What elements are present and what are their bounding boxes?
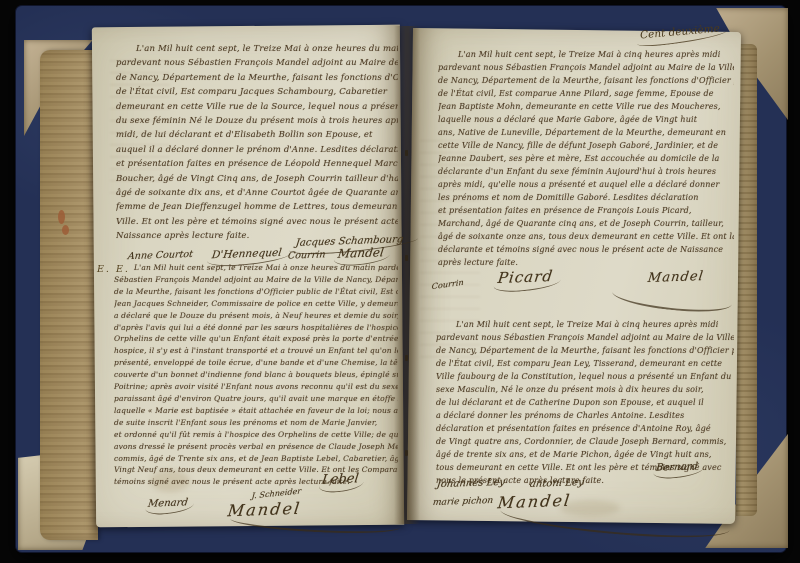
page-edge-speck: [58, 210, 65, 224]
manuscript-line: de lui déclarant et de Catherine Dupon s…: [436, 396, 734, 409]
manuscript-line: ans, Native de Luneville, Département de…: [438, 126, 734, 139]
signature: antoni Ley: [529, 477, 584, 490]
manuscript-line: commis, âgé de Trente six ans, et de Jea…: [114, 453, 398, 465]
manuscript-line: femme de Jean Dieffenzugel homme de Lett…: [116, 200, 398, 214]
manuscript-line: Marchand, âgé de Quarante cinq ans, et d…: [438, 217, 734, 230]
manuscript-line: midi, de lui déclarant et d'Elisabeth Bo…: [116, 128, 398, 142]
manuscript-line: du sexe féminin Né le Douze du présent m…: [116, 114, 398, 128]
manuscript-line: Jeanne Daubert, ses père et mère, Est ac…: [438, 152, 734, 165]
manuscript-line: de Nancy, Département de la Meurthe, fai…: [116, 71, 398, 85]
manuscript-line: de Nancy, Département de la Meurthe, fai…: [436, 344, 734, 357]
manuscript-line: et ordonné qu'il fût remis à l'hospice d…: [114, 429, 398, 441]
manuscript-line: paraissant âgé d'environ Quatre jours, q…: [114, 393, 398, 405]
birth-act-right-1: L'an Mil huit cent sept, le Treize Mai à…: [438, 48, 734, 269]
manuscript-line: L'an Mil huit cent sept, le Treize Mai à…: [436, 318, 734, 331]
manuscript-line: a déclaré que le Douze du présent mois, …: [114, 310, 398, 322]
manuscript-line: Poitrine; après avoir visité l'Enfant no…: [114, 381, 398, 393]
manuscript-line: Jean Jacques Schneider, Commissaire de p…: [114, 298, 398, 310]
binding-stitch: [405, 450, 408, 456]
birth-act-left-1: L'an Mil huit cent sept, le Treize Mai à…: [116, 42, 398, 244]
manuscript-line: auquel il a déclaré donner le prénom d'A…: [116, 143, 398, 157]
manuscript-line: et présentation faites en présence de Lé…: [116, 157, 398, 171]
manuscript-line: présenté, enveloppé de toile écrue, d'un…: [114, 357, 398, 369]
manuscript-line: de l'État civil, Est comparue Anne Pilar…: [438, 87, 734, 100]
signature: Mandel: [647, 269, 705, 286]
signature: D'Hennequel: [211, 247, 282, 261]
manuscript-line: hospice, il s'y est à l'instant transpor…: [114, 345, 398, 357]
manuscript-line: âgé de soixante onze ans, tous deux deme…: [438, 230, 734, 243]
manuscript-line: cette Ville de Nancy, fille de défunt Jo…: [438, 139, 734, 152]
manuscript-line: avons dressé le présent procès verbal en…: [114, 441, 398, 453]
signature: Anne Courtot: [127, 249, 193, 262]
proces-verbal-left-2: L'an Mil huit cent sept, le Treize Mai à…: [114, 262, 398, 488]
manuscript-line: laquelle nous a déclaré que Marie Gabore…: [438, 113, 734, 126]
manuscript-line: de l'État civil, Est comparu Jean Ley, T…: [436, 357, 734, 370]
manuscript-line: pardevant nous Sébastien François Mandel…: [438, 61, 734, 74]
binding-stitch: [405, 150, 408, 156]
manuscript-line: de Vingt quatre ans, Cordonnier, de Clau…: [436, 435, 734, 448]
manuscript-line: âgé de trente six ans, et de Marie Picho…: [436, 448, 734, 461]
manuscript-line: déclarante d'un Enfant du sexe féminin A…: [438, 165, 734, 178]
manuscript-line: âgé de soixante dix ans, et d'Anne Court…: [116, 186, 398, 200]
manuscript-line: de suite inscrit l'Enfant sous les préno…: [114, 417, 398, 429]
manuscript-line: déclaration et présentation faites en pr…: [436, 422, 734, 435]
manuscript-line: Jean Baptiste Mohn, demeurante en cette …: [438, 100, 734, 113]
manuscript-line: de l'État civil, Est comparu Jacques Sch…: [116, 85, 398, 99]
manuscript-line: de Nancy, Département de la Meurthe, fai…: [438, 74, 734, 87]
signature: Bernard: [655, 461, 698, 473]
manuscript-line: après midi, qu'elle nous a présenté et a…: [438, 178, 734, 191]
manuscript-line: d'après l'avis qui lui a été donné par l…: [114, 322, 398, 334]
signature: Mandel: [337, 245, 385, 261]
binding-stitch: [405, 355, 408, 361]
manuscript-line: et présentation faites en présence de Fr…: [438, 204, 734, 217]
manuscript-line: déclarante et témoins signé avec nous le…: [438, 243, 734, 256]
signature: Menard: [147, 497, 188, 509]
manuscript-line: les prénoms et nom de Domitille Gaboré. …: [438, 191, 734, 204]
manuscript-line: laquelle « Marie est baptisée » était at…: [114, 405, 398, 417]
manuscript-line: sexe Masculin, Né le onze du présent moi…: [436, 383, 734, 396]
manuscript-line: Orphelins de cette ville qu'un Enfant ét…: [114, 333, 398, 345]
manuscript-line: L'an Mil huit cent sept, le Treize Mai à…: [114, 262, 398, 274]
manuscript-line: après lecture faite.: [438, 256, 734, 269]
manuscript-line: L'an Mil huit cent sept, le Treize Mai à…: [438, 48, 734, 61]
manuscript-line: a déclaré donner les prénoms de Charles …: [436, 409, 734, 422]
manuscript-line: demeurant en cette Ville rue de la Sourc…: [116, 100, 398, 114]
signature: Courrin: [287, 249, 326, 261]
binding-stitch: [405, 255, 408, 261]
manuscript-line: pardevant nous Sébastien François Mandel…: [116, 56, 398, 70]
manuscript-photo: Cent deuxième L'an Mil huit cent sept, l…: [0, 0, 800, 563]
manuscript-line: de la Meurthe, faisant les fonctions d'O…: [114, 286, 398, 298]
signature: Picard: [497, 267, 555, 287]
manuscript-line: Ville faubourg de la Constitution, leque…: [436, 370, 734, 383]
manuscript-line: pardevant nous Sébastien François Mandel…: [436, 331, 734, 344]
manuscript-line: Boucher, âgé de Vingt Cinq ans, de Josep…: [116, 172, 398, 186]
signature: Lebel: [321, 471, 360, 487]
manuscript-line: L'an Mil huit cent sept, le Treize Mai à…: [116, 42, 398, 56]
manuscript-line: Ville. Et ont les père et témoins signé …: [116, 215, 398, 229]
manuscript-line: couverte d'un bonnet d'indienne fond bla…: [114, 369, 398, 381]
page-edge-speck: [62, 225, 69, 235]
manuscript-line: Sébastien François Mandel adjoint au Mai…: [114, 274, 398, 286]
signature: marie pichon: [432, 496, 493, 508]
page-edge-stack-left: [40, 50, 98, 540]
